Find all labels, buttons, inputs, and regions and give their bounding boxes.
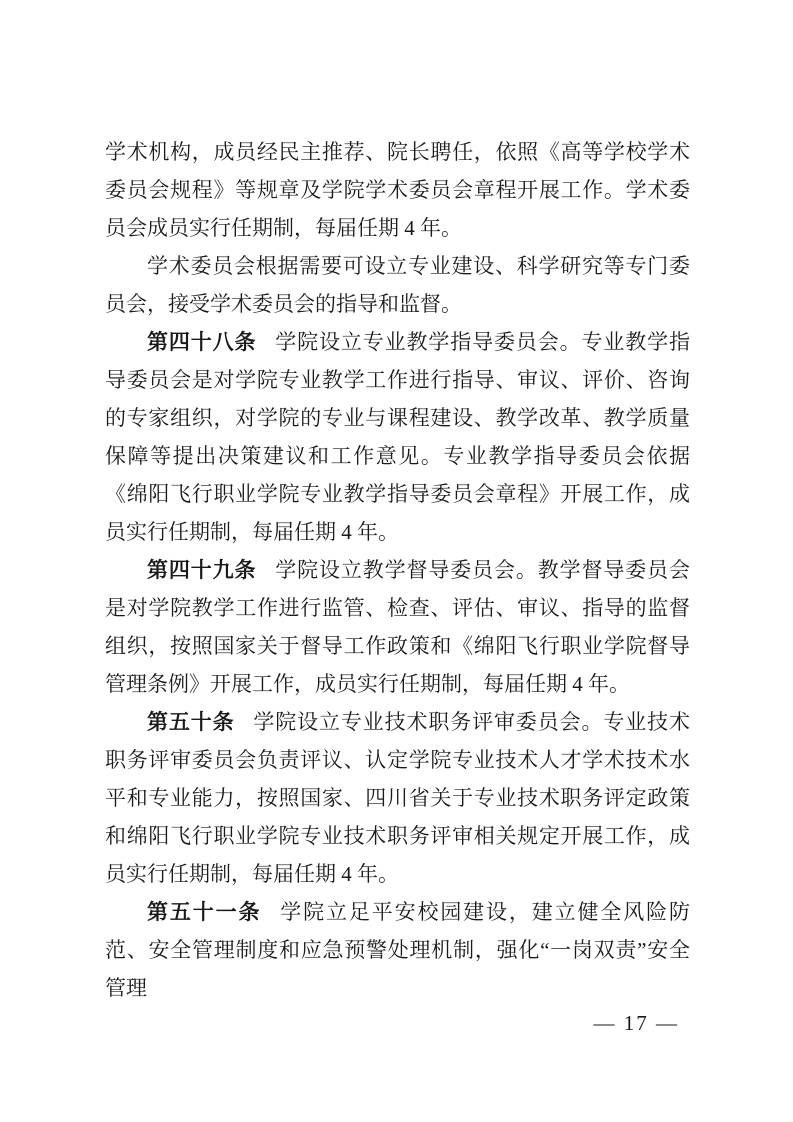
page-number: — 17 — [594, 1008, 680, 1038]
paragraph-text: 学术机构，成员经民主推荐、院长聘任，依照《高等学校学术委员会规程》等规章及学院学… [105, 140, 690, 240]
paragraph: 第四十八条学院设立专业教学指导委员会。专业教学指导委员会是对学院专业教学工作进行… [105, 323, 690, 551]
paragraph: 学术委员会根据需要可设立专业建设、科学研究等专门委员会，接受学术委员会的指导和监… [105, 247, 690, 323]
paragraph: 第五十一条学院立足平安校园建设，建立健全风险防范、安全管理制度和应急预警处理机制… [105, 893, 690, 1007]
paragraph: 第五十条学院设立专业技术职务评审委员会。专业技术职务评审委员会负责评议、认定学院… [105, 703, 690, 893]
paragraph-text: 学术委员会根据需要可设立专业建设、科学研究等专门委员会，接受学术委员会的指导和监… [105, 254, 690, 316]
document-page: 学术机构，成员经民主推荐、院长聘任，依照《高等学校学术委员会规程》等规章及学院学… [0, 0, 793, 1122]
article-number: 第四十九条 [147, 558, 256, 582]
document-body: 学术机构，成员经民主推荐、院长聘任，依照《高等学校学术委员会规程》等规章及学院学… [105, 133, 690, 1007]
article-number: 第五十条 [147, 710, 235, 734]
article-number: 第四十八条 [147, 330, 256, 354]
paragraph: 学术机构，成员经民主推荐、院长聘任，依照《高等学校学术委员会规程》等规章及学院学… [105, 133, 690, 247]
article-number: 第五十一条 [147, 900, 261, 924]
paragraph-text: 学院设立专业技术职务评审委员会。专业技术职务评审委员会负责评议、认定学院专业技术… [105, 710, 690, 886]
paragraph-text: 学院设立专业教学指导委员会。专业教学指导委员会是对学院专业教学工作进行指导、审议… [105, 330, 690, 544]
paragraph: 第四十九条学院设立教学督导委员会。教学督导委员会是对学院教学工作进行监管、检查、… [105, 551, 690, 703]
